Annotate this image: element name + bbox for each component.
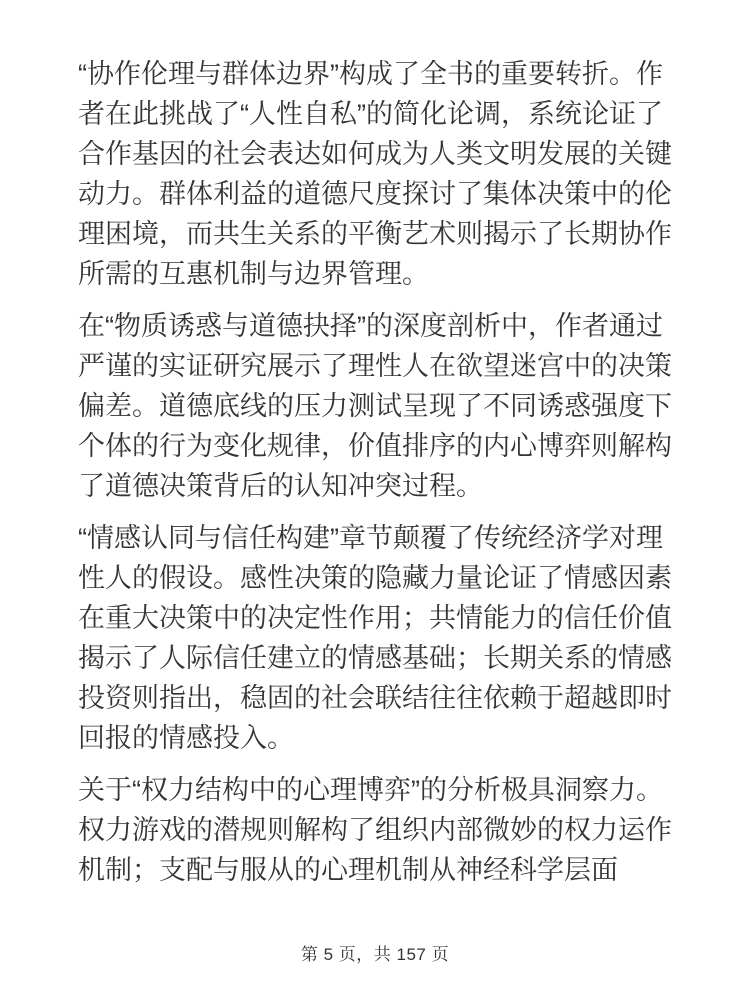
body-paragraph: 在“物质诱惑与道德抉择”的深度剖析中，作者通过严谨的实证研究展示了理性人在欲望迷… [78, 306, 672, 506]
document-page: “协作伦理与群体边界”构成了全书的重要转折。作者在此挑战了“人性自私”的简化论调… [0, 0, 750, 1000]
page-footer: 第 5 页，共 157 页 [0, 944, 750, 966]
body-paragraph: 关于“权力结构中的心理博弈”的分析极具洞察力。权力游戏的潜规则解构了组织内部微妙… [78, 770, 672, 890]
document-body: “协作伦理与群体边界”构成了全书的重要转折。作者在此挑战了“人性自私”的简化论调… [78, 54, 672, 890]
page-number-indicator: 第 5 页，共 157 页 [301, 945, 449, 964]
body-paragraph: “协作伦理与群体边界”构成了全书的重要转折。作者在此挑战了“人性自私”的简化论调… [78, 54, 672, 294]
body-paragraph: “情感认同与信任构建”章节颠覆了传统经济学对理性人的假设。感性决策的隐藏力量论证… [78, 518, 672, 758]
